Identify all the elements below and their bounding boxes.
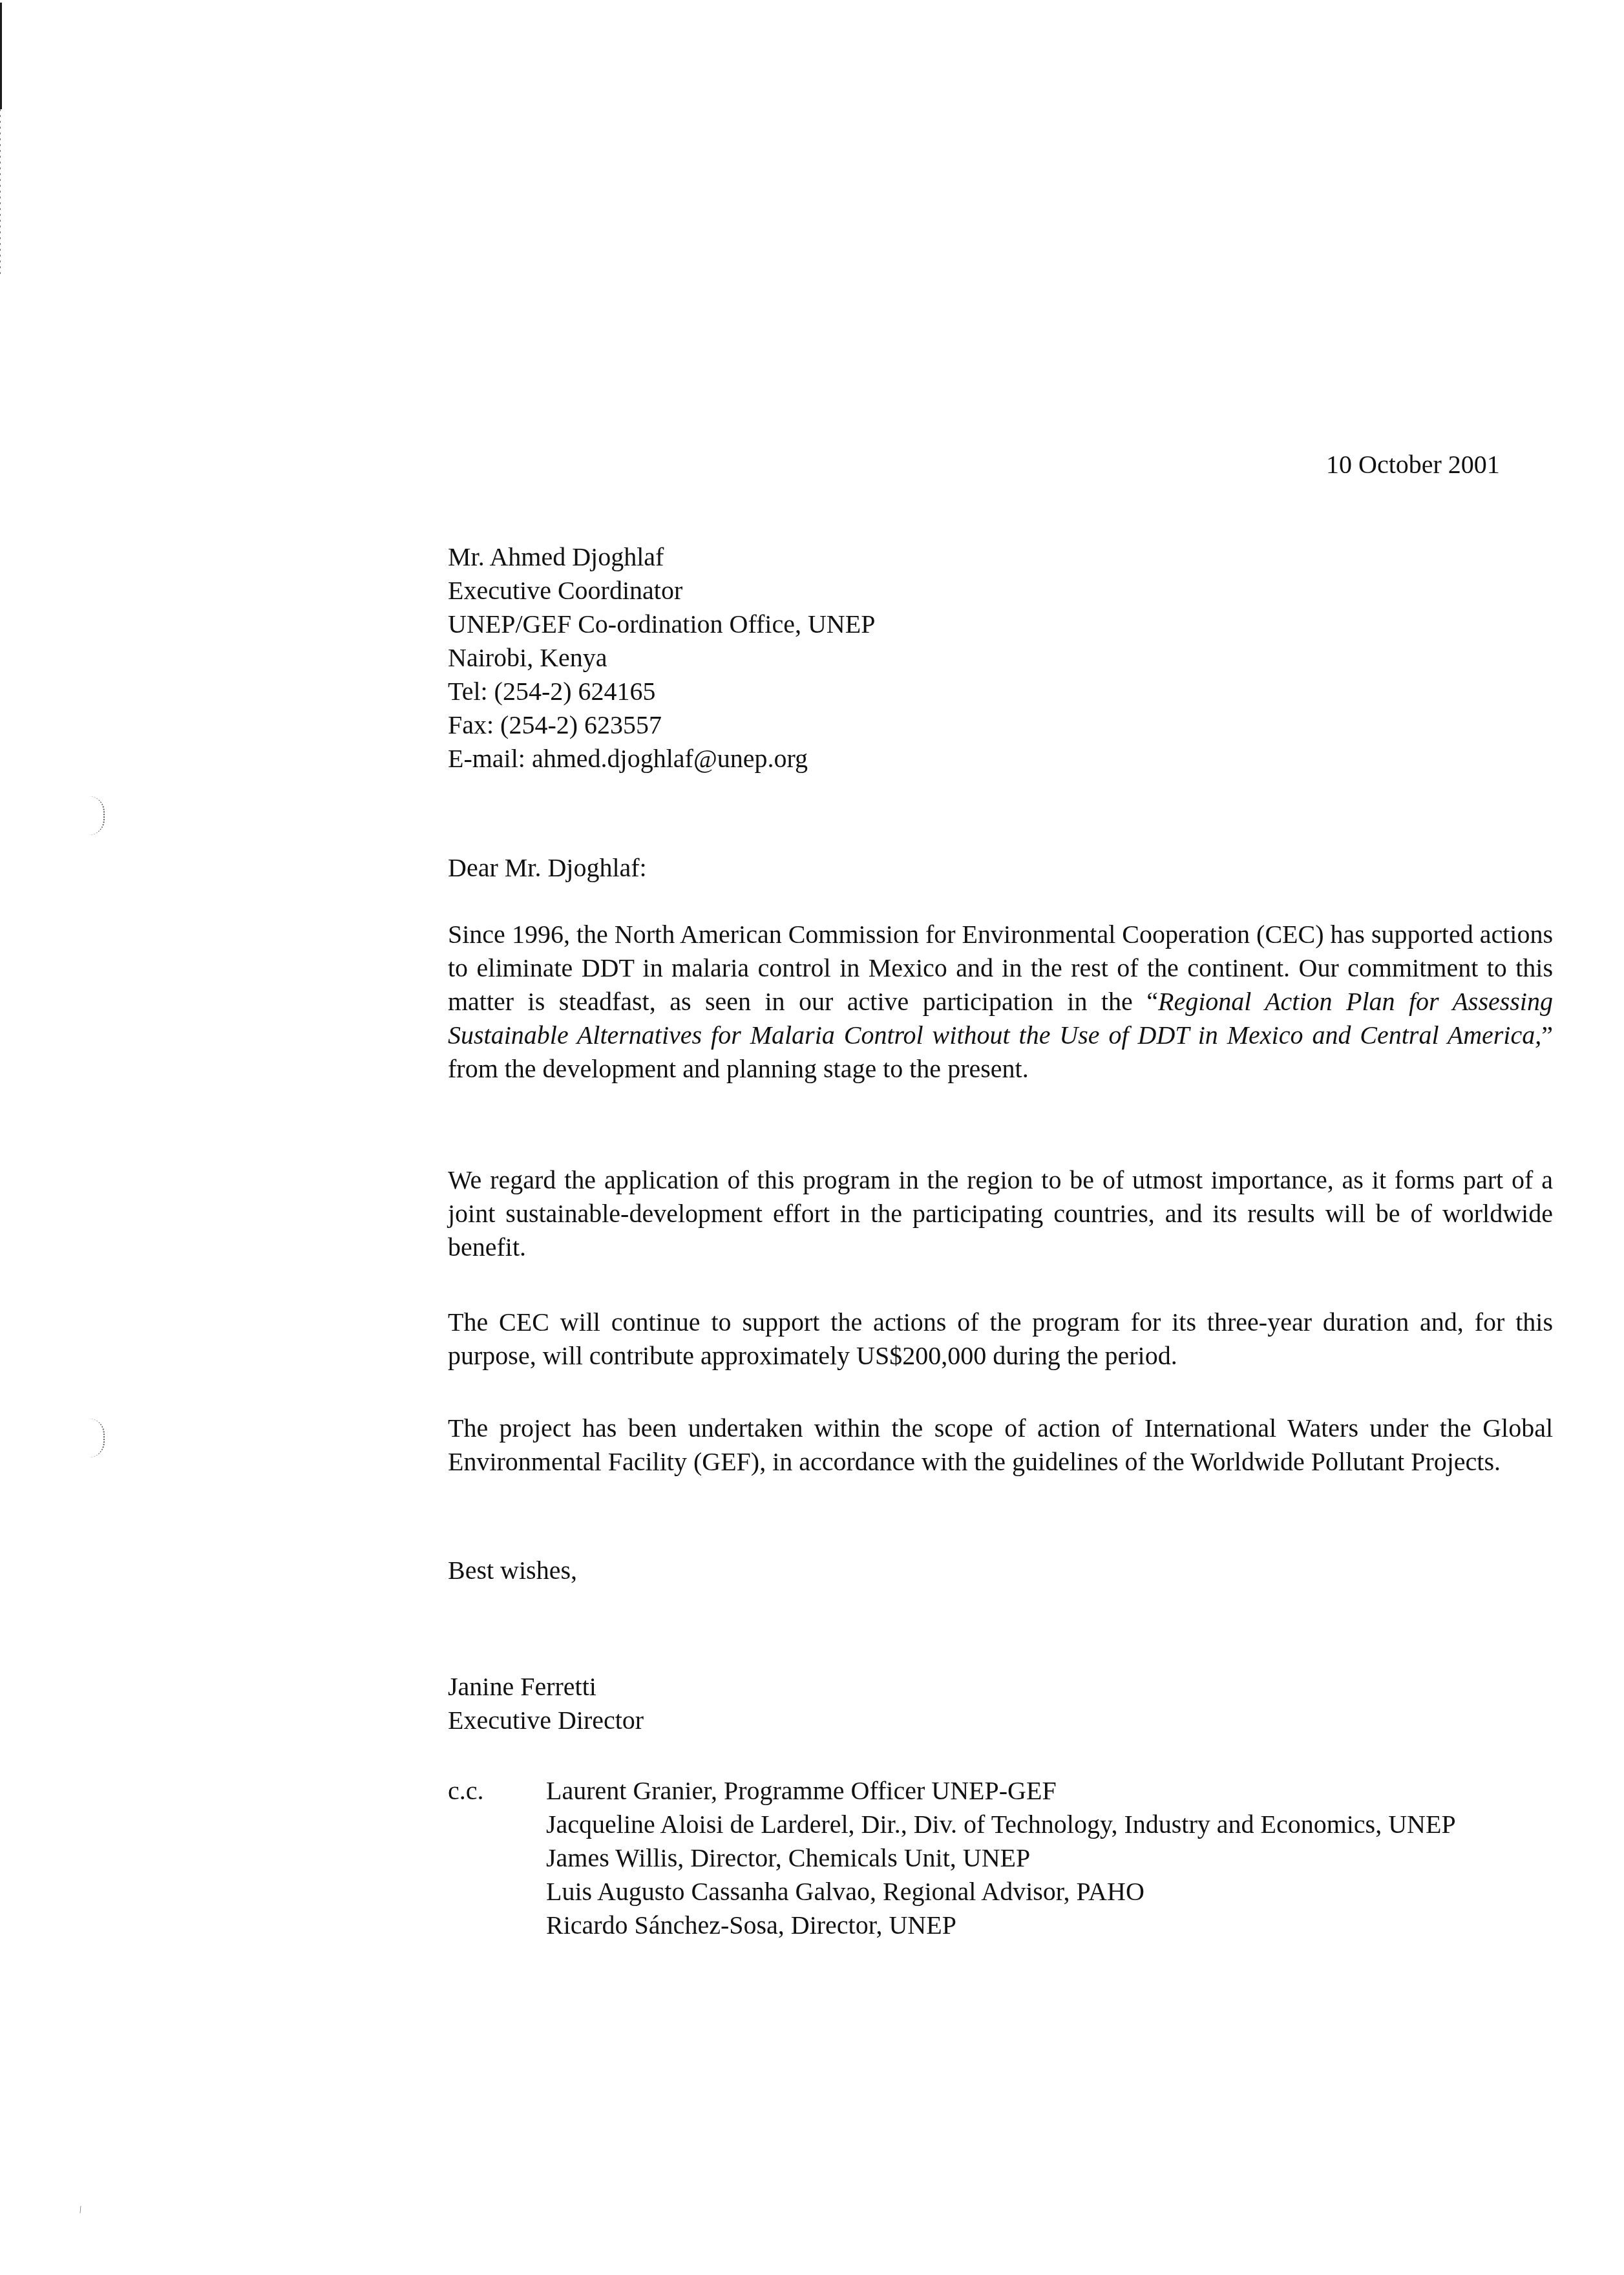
salutation: Dear Mr. Djoghlaf: <box>448 851 647 885</box>
recipient-organization: UNEP/GEF Co-ordination Office, UNEP <box>448 608 875 641</box>
cc-list: Laurent Granier, Programme Officer UNEP-… <box>546 1774 1554 1942</box>
signatory-title: Executive Director <box>448 1704 644 1737</box>
body-paragraph-1: Since 1996, the North American Commissio… <box>448 918 1553 1086</box>
cc-recipient: Laurent Granier, Programme Officer UNEP-… <box>546 1774 1554 1808</box>
recipient-name: Mr. Ahmed Djoghlaf <box>448 540 875 574</box>
body-paragraph-2: We regard the application of this progra… <box>448 1163 1553 1264</box>
letter-date: 10 October 2001 <box>1326 448 1500 481</box>
cc-recipient: James Willis, Director, Chemicals Unit, … <box>546 1841 1554 1875</box>
scan-artifact-mark: ⁄ <box>78 2206 84 2214</box>
scan-edge-line <box>0 3 2 109</box>
recipient-address-block: Mr. Ahmed Djoghlaf Executive Coordinator… <box>448 540 875 776</box>
punch-hole-mark <box>89 796 105 835</box>
cc-recipient: Jacqueline Aloisi de Larderel, Dir., Div… <box>546 1808 1554 1841</box>
body-paragraph-4: The project has been undertaken within t… <box>448 1412 1553 1479</box>
recipient-city: Nairobi, Kenya <box>448 641 875 675</box>
cc-recipient: Luis Augusto Cassanha Galvao, Regional A… <box>546 1875 1554 1909</box>
recipient-email: E-mail: ahmed.djoghlaf@unep.org <box>448 742 875 776</box>
recipient-title: Executive Coordinator <box>448 574 875 608</box>
punch-hole-mark <box>89 1419 105 1457</box>
recipient-tel: Tel: (254-2) 624165 <box>448 675 875 708</box>
recipient-fax: Fax: (254-2) 623557 <box>448 708 875 742</box>
cc-recipient: Ricardo Sánchez-Sosa, Director, UNEP <box>546 1909 1554 1942</box>
scan-edge-noise <box>0 109 1 277</box>
signatory-name: Janine Ferretti <box>448 1670 644 1704</box>
signature-block: Janine Ferretti Executive Director <box>448 1670 644 1737</box>
closing: Best wishes, <box>448 1554 577 1587</box>
cc-label: c.c. <box>448 1774 484 1808</box>
body-paragraph-3: The CEC will continue to support the act… <box>448 1306 1553 1373</box>
